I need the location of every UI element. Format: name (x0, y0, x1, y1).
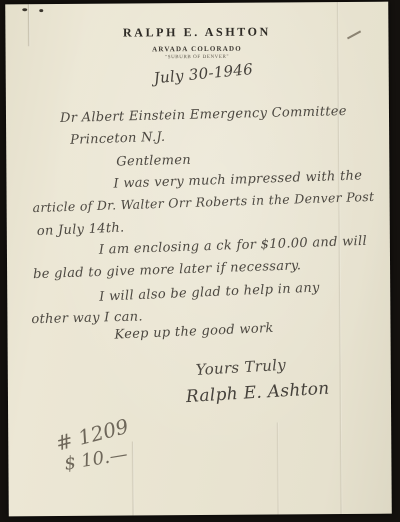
body-line: I was very much impressed with the (113, 168, 362, 191)
stain-speck-right (39, 9, 43, 12)
recipient-line-2: Princeton N.J. (70, 130, 166, 148)
body-line: other way I can. (31, 309, 143, 327)
letter-paper: RALPH E. ASHTON ARVADA COLORADO "SUBURB … (5, 2, 392, 517)
scan-background: RALPH E. ASHTON ARVADA COLORADO "SUBURB … (0, 0, 400, 522)
body-line: article of Dr. Walter Orr Roberts in the… (32, 189, 374, 215)
body-line: be glad to give more later if necessary. (33, 258, 302, 282)
body-line: on July 14th. (36, 220, 124, 239)
body-line: I will also be glad to help in any (99, 280, 320, 304)
body-line: I am enclosing a ck for $10.00 and will (99, 234, 367, 258)
recipient-line-1: Dr Albert Einstein Emergency Committee (60, 104, 347, 126)
letterhead-slogan: "SUBURB OF DENVER" (6, 54, 389, 62)
closing: Yours Truly (195, 356, 286, 379)
crease-line-bottom-right (276, 422, 280, 514)
handwritten-date: July 30-1946 (153, 60, 254, 87)
stain-speck-left (22, 8, 27, 11)
letterhead-city: ARVADA COLORADO (6, 44, 389, 55)
crease-line-right (336, 2, 343, 514)
crease-line-bottom-center (131, 441, 135, 515)
signature: Ralph E. Ashton (185, 379, 330, 407)
salutation: Gentlemen (116, 153, 191, 170)
letterhead-name: RALPH E. ASHTON (5, 24, 388, 42)
